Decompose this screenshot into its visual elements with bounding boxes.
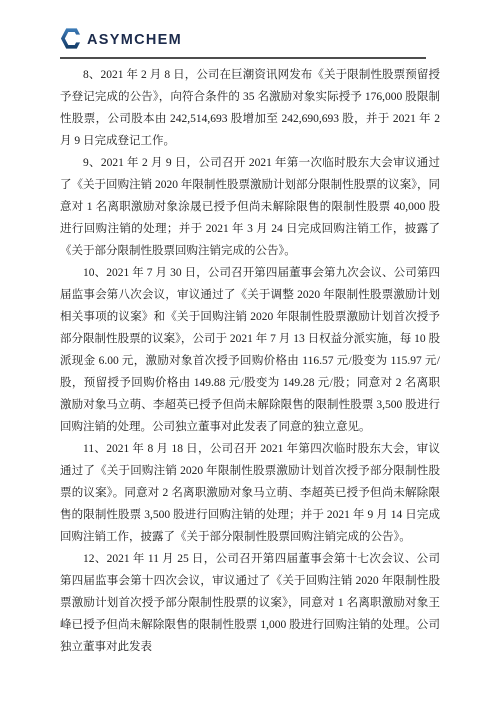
paragraph-item-10: 10、2021 年 7 月 30 日，公司召开第四届董事会第九次会议、公司第四届… [60,262,440,438]
company-logo: ASYMCHEM [60,27,182,50]
paragraph-item-8: 8、2021 年 2 月 8 日，公司在巨潮资讯网发布《关于限制性股票预留授予登… [60,64,440,152]
document-body: 8、2021 年 2 月 8 日，公司在巨潮资讯网发布《关于限制性股票预留授予登… [60,64,440,658]
document-page: ASYMCHEM 8、2021 年 2 月 8 日，公司在巨潮资讯网发布《关于限… [0,0,500,707]
hexagon-c-logo-icon [60,27,83,50]
company-logo-text: ASYMCHEM [87,29,182,48]
paragraph-item-12: 12、2021 年 11 月 25 日，公司召开第四届董事会第十七次会议、公司第… [60,548,440,658]
paragraph-item-11: 11、2021 年 8 月 18 日，公司召开 2021 年第四次临时股东大会，… [60,438,440,548]
paragraph-item-9: 9、2021 年 2 月 9 日，公司召开 2021 年第一次临时股东大会审议通… [60,152,440,262]
header-divider [60,57,426,59]
